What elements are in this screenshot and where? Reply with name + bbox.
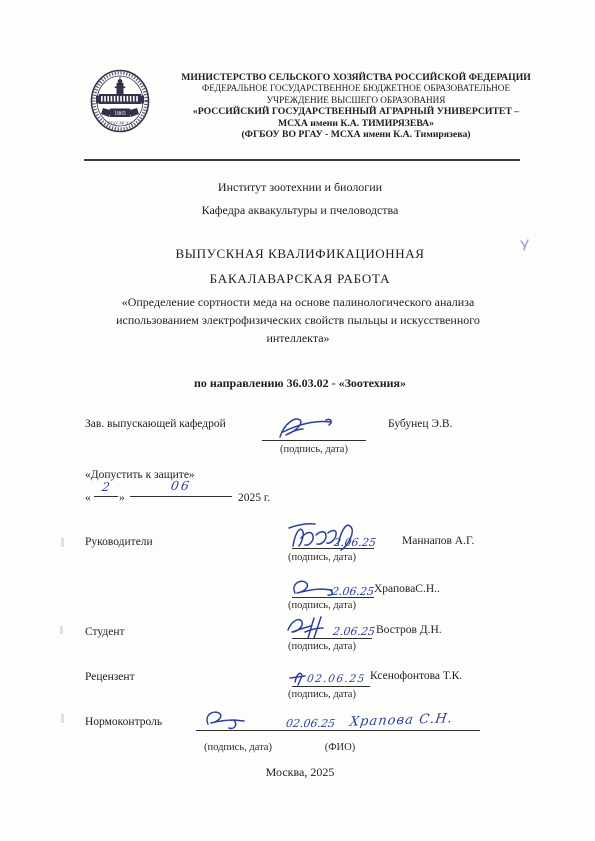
supervisor2-name: ХраповаС.Н.. xyxy=(374,583,440,595)
work-type-line1: ВЫПУСКНАЯ КВАЛИФИКАЦИОННАЯ xyxy=(60,246,540,262)
department-name: Кафедра аквакультуры и пчеловодства xyxy=(60,203,540,218)
student-date-handwritten: 2.06.25 xyxy=(332,625,376,638)
date-open-quote: « xyxy=(85,492,91,504)
normcontrol-date-handwritten: 02.06.25 xyxy=(285,717,336,730)
normcontrol-label: Нормоконтроль xyxy=(85,716,162,728)
normcontrol-signature-caption: (подпись, дата) xyxy=(178,742,298,753)
header-university-line2: МСХА имени К.А. ТИМИРЯЗЕВА» xyxy=(158,118,554,129)
head-of-department-name: Бубунец Э.В. xyxy=(388,418,452,430)
student-signature-caption: (подпись, дата) xyxy=(288,641,356,652)
date-day-handwritten: 2 xyxy=(101,480,111,494)
reviewer-date-handwritten: 02.06.25 xyxy=(306,673,366,685)
reviewer-signature-caption: (подпись, дата) xyxy=(288,689,356,700)
date-day-line: 2 xyxy=(94,478,118,497)
institute-name: Институт зоотехнии и биологии xyxy=(60,180,540,195)
head-signature-caption: (подпись, дата) xyxy=(262,444,366,455)
student-label: Студент xyxy=(85,626,125,638)
scan-artifact xyxy=(61,714,64,723)
work-type-line2: БАКАЛАВАРСКАЯ РАБОТА xyxy=(60,271,540,287)
student-name: Востров Д.Н. xyxy=(376,624,442,636)
normcontrol-signature-icon xyxy=(200,708,254,732)
reviewer-name: Ксенофонтова Т.К. xyxy=(370,670,462,682)
logo-year-label: 1865 xyxy=(114,111,126,117)
thesis-title: «Определение сортности меда на основе па… xyxy=(62,293,534,347)
date-month-line: 06 xyxy=(130,477,232,497)
supervisor1-signature-caption: (подпись, дата) xyxy=(288,552,356,563)
header-divider xyxy=(84,159,520,161)
header-ministry-line: МИНИСТЕРСТВО СЕЛЬСКОГО ХОЗЯЙСТВА РОССИЙС… xyxy=(158,72,554,83)
ministry-header: МИНИСТЕРСТВО СЕЛЬСКОГО ХОЗЯЙСТВА РОССИЙС… xyxy=(158,72,554,140)
city-year-footer: Москва, 2025 xyxy=(60,765,540,780)
normcontrol-fio-caption: (ФИО) xyxy=(304,742,376,753)
thesis-title-line2: использованием электрофизических свойств… xyxy=(62,311,534,329)
reviewer-signature-icon xyxy=(287,668,307,686)
scan-artifact xyxy=(60,626,63,634)
study-direction: по направлению 36.03.02 - «Зоотехния» xyxy=(60,376,540,391)
head-of-department-label: Зав. выпускающей кафедрой xyxy=(85,418,226,430)
date-close-quote: » xyxy=(119,492,125,504)
header-university-short: (ФГБОУ ВО РГАУ - МСХА имени К.А. Тимиряз… xyxy=(158,129,554,140)
supervisors-label: Руководители xyxy=(85,536,153,548)
thesis-title-line3: интеллекта» xyxy=(62,329,534,347)
head-signature-icon xyxy=(268,413,338,441)
header-fgbou-line1: ФЕДЕРАЛЬНОЕ ГОСУДАРСТВЕННОЕ БЮДЖЕТНОЕ ОБ… xyxy=(158,83,554,94)
supervisor1-date-handwritten: 2.06.25 xyxy=(333,536,377,549)
supervisor2-date-handwritten: 2.06.25 xyxy=(331,585,375,598)
reviewer-label: Рецензент xyxy=(85,671,135,683)
university-logo-icon: 1865 РГАУ-МСХА xyxy=(89,68,151,136)
date-year-label: 2025 г. xyxy=(238,492,270,504)
thesis-title-page: 1865 РГАУ-МСХА МИНИСТЕРСТВО СЕЛЬСКОГО ХО… xyxy=(0,0,595,841)
scan-artifact xyxy=(61,538,64,547)
supervisor2-signature-caption: (подпись, дата) xyxy=(288,600,356,611)
thesis-title-line1: «Определение сортности меда на основе па… xyxy=(62,293,534,311)
logo-abbr-label: РГАУ-МСХА xyxy=(108,121,132,126)
header-university-line1: «РОССИЙСКИЙ ГОСУДАРСТВЕННЫЙ АГРАРНЫЙ УНИ… xyxy=(158,106,554,117)
date-month-handwritten: 06 xyxy=(170,478,192,493)
stray-pen-mark xyxy=(518,238,532,252)
supervisor1-name: Маннапов А.Г. xyxy=(402,535,474,547)
header-fgbou-line2: УЧРЕЖДЕНИЕ ВЫСШЕГО ОБРАЗОВАНИЯ xyxy=(158,95,554,106)
